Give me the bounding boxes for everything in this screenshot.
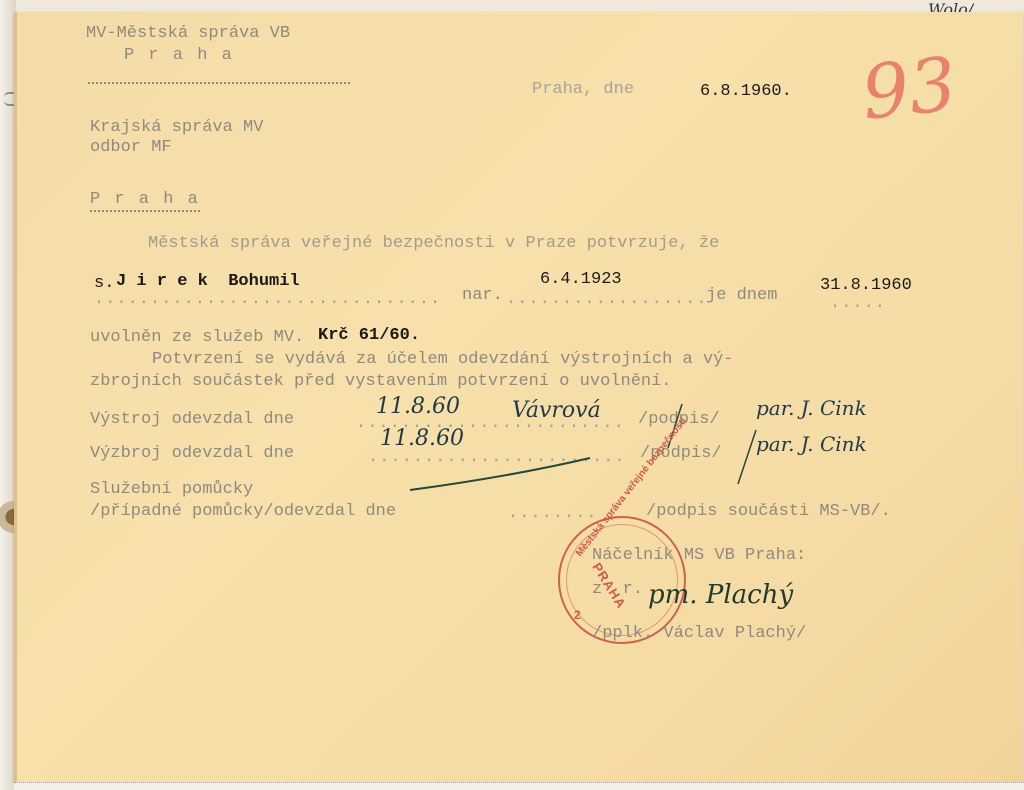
- document-date: 6.8.1960.: [700, 82, 792, 102]
- reference-number: Krč 61/60.: [318, 326, 420, 346]
- release-date: 31.8.1960: [820, 276, 912, 296]
- born-date: 6.4.1923: [540, 270, 622, 290]
- red-folio-number: 93: [858, 41, 961, 136]
- born-dots: ..................: [506, 290, 708, 310]
- weapons-return-label: Výzbroj odevzdal dne: [90, 444, 294, 464]
- release-dots: .....: [830, 294, 886, 314]
- stamp-number: 2: [574, 608, 581, 622]
- as-of-label: je dnem: [706, 286, 777, 306]
- closing-title: Náčelník MS VB Praha:: [592, 546, 806, 566]
- recipient-line-1: Krajská správa MV: [90, 118, 263, 138]
- intro-text: Městská správa veřejné bezpečnosti v Pra…: [148, 234, 719, 254]
- purpose-line-2: zbrojních součástek před vystavením potv…: [90, 372, 672, 392]
- recipient-city: P r a h a: [90, 190, 200, 212]
- page-below-edge: [14, 782, 1024, 790]
- service-aids-dots: ........: [508, 504, 598, 524]
- service-aids-line-2: /případné pomůcky/odevzdal dne: [90, 502, 396, 522]
- released-text: uvolněn ze služeb MV.: [90, 328, 304, 348]
- commander-signature: pm. Plachý: [648, 580, 793, 610]
- born-label: nar.: [462, 286, 503, 306]
- equipment-return-label: Výstroj odevzdal dne: [90, 410, 294, 430]
- service-aids-line-1: Služební pomůcky: [90, 480, 253, 500]
- person-name: J i r e k Bohumil: [116, 272, 300, 292]
- commander-name: /pplk. Václav Plachý/: [592, 624, 806, 644]
- recipient-line-2: odbor MF: [90, 138, 172, 158]
- sender-line-1: MV-Městská správa VB: [86, 24, 290, 44]
- closing-on-behalf: z r.: [592, 580, 643, 600]
- name-dots: ...............................: [94, 290, 441, 310]
- place-date-label: Praha, dne: [532, 80, 634, 100]
- handwritten-strokes: [400, 390, 960, 500]
- sender-line-2: P r a h a: [124, 46, 234, 66]
- service-aids-signature-label: /podpis součásti MS-VB/.: [646, 502, 891, 522]
- purpose-line-1: Potvrzení se vydává za účelem odevzdání …: [152, 350, 734, 370]
- sender-underline: [88, 82, 350, 84]
